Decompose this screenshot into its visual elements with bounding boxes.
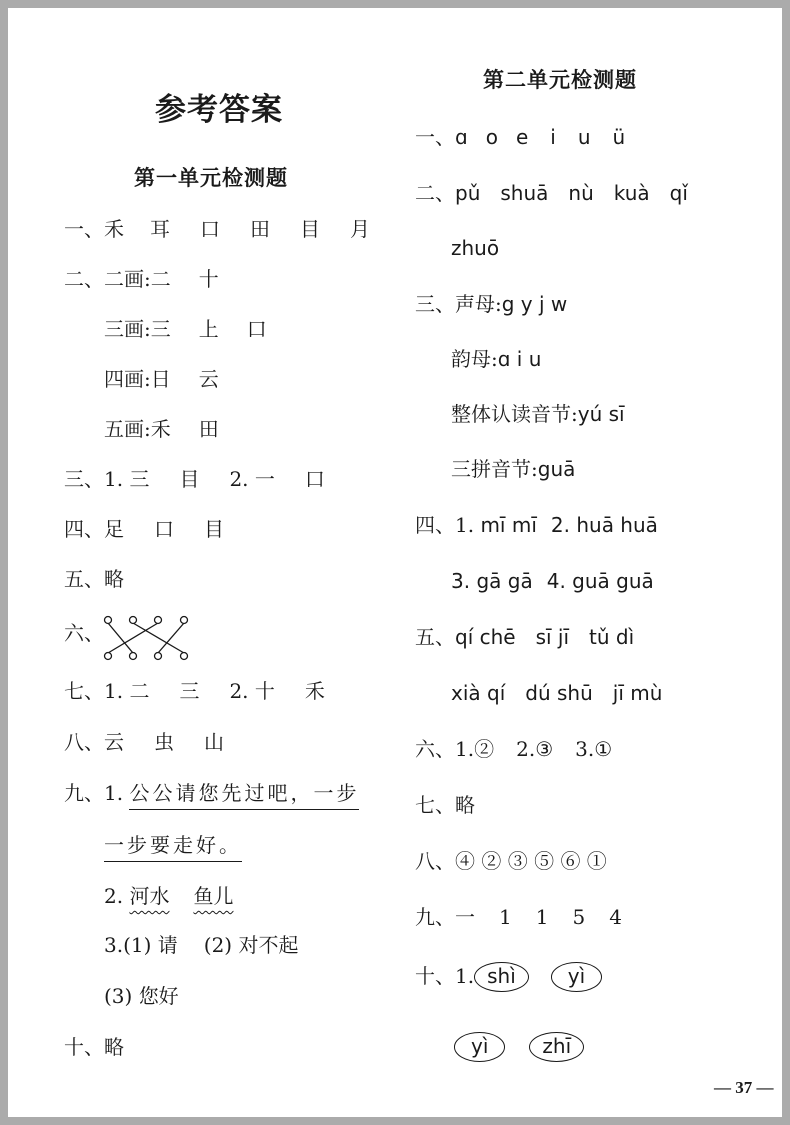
unit1-heading: 第一单元检测题 xyxy=(134,162,288,192)
answer-num: 3. xyxy=(104,933,123,957)
answer-item: ④ xyxy=(455,849,475,873)
underlined-sentence: 一步要走好。 xyxy=(104,833,242,862)
unit2-q5-row2: xià qídú shūjī mù xyxy=(451,680,662,706)
answer-num: 1. xyxy=(104,781,123,805)
answer-num: 1. xyxy=(455,964,474,988)
question-label: 四、 xyxy=(64,517,104,541)
question-label: 十、 xyxy=(64,1035,104,1059)
page-title: 参考答案 xyxy=(155,84,283,129)
answer-item: 略 xyxy=(104,567,124,591)
unit1-q8: 八、云虫山 xyxy=(64,729,224,755)
answer-item: 略 xyxy=(455,793,475,817)
unit2-q1: 一、ɑoeiuü xyxy=(415,124,625,150)
answer-item: mī mī xyxy=(480,513,536,537)
unit2-q4-row2: 3. gā gā4. guā guā xyxy=(451,568,654,594)
unit2-q3-row3: 整体认读音节:yú sī xyxy=(451,401,625,427)
answer-item: ü xyxy=(613,125,626,149)
answer-item: sī jī xyxy=(536,625,569,649)
unit2-q8: 八、④ ② ③ ⑤ ⑥ ① xyxy=(415,848,607,874)
question-label: 六、 xyxy=(64,621,104,645)
answer-item: 田 xyxy=(250,217,270,241)
answer-item: shuā xyxy=(500,181,548,205)
answer-item: 口 xyxy=(154,517,174,541)
answer-item: 三 xyxy=(151,317,171,341)
answer-item: 田 xyxy=(199,417,219,441)
answer-num: 2. xyxy=(104,884,123,908)
answer-item: 禾 xyxy=(151,417,171,441)
answer-item: ① xyxy=(594,737,612,761)
unit1-q2-row4: 五画:禾田 xyxy=(104,416,219,442)
question-label: 四、 xyxy=(415,513,455,537)
answer-item: guā guā xyxy=(572,569,654,593)
unit2-q5-row1: 五、qí chēsī jītǔ dì xyxy=(415,624,634,650)
unit1-q5: 五、略 xyxy=(64,566,124,592)
answer-num: 4. xyxy=(547,569,566,593)
answer-item: 目 xyxy=(300,217,320,241)
answer-num: 3. xyxy=(451,569,470,593)
row-prefix: 二画: xyxy=(104,267,151,291)
answer-item: 略 xyxy=(104,1035,124,1059)
unit1-q2-row3: 四画:日云 xyxy=(104,366,219,392)
answer-item: ③ xyxy=(535,737,553,761)
answer-item: (2) 对不起 xyxy=(204,933,299,957)
question-label: 九、 xyxy=(415,905,455,929)
circled-pinyin: yì xyxy=(454,1032,505,1062)
question-label: 九、 xyxy=(64,781,104,805)
answer-item: 2. 十 xyxy=(229,679,274,703)
answer-item: 1. 二 xyxy=(104,679,149,703)
row-prefix: 韵母: xyxy=(451,347,498,371)
answer-item: ② xyxy=(481,849,501,873)
answer-item: 十 xyxy=(199,267,219,291)
unit2-q2: 二、pǔshuānùkuàqǐ xyxy=(415,180,688,206)
question-label: 一、 xyxy=(415,125,455,149)
answer-item: 耳 xyxy=(150,217,170,241)
unit2-q2-overflow: zhuō xyxy=(451,235,499,261)
matching-lines-diagram xyxy=(100,612,200,664)
unit1-q3: 三、1. 三目2. 一口 xyxy=(64,466,325,492)
answer-item: pǔ xyxy=(455,181,480,205)
answer-item: 一 xyxy=(455,905,475,929)
unit1-q6: 六、 xyxy=(64,620,104,646)
answer-item: guā xyxy=(538,457,576,481)
answer-item: 口 xyxy=(200,217,220,241)
circled-pinyin: yì xyxy=(551,962,602,992)
underlined-sentence: 公公请您先过吧，一步 xyxy=(129,781,359,810)
answer-item: qí chē xyxy=(455,625,516,649)
answer-item: ⑥ xyxy=(560,849,580,873)
answer-item: e xyxy=(516,125,528,149)
unit2-q3-row1: 三、声母:g y j w xyxy=(415,291,567,317)
unit1-q9-a3-line2: (3) 您好 xyxy=(104,983,179,1009)
answer-item: yú sī xyxy=(578,402,625,426)
unit2-q3-row4: 三拼音节:guā xyxy=(451,456,575,482)
answer-item: dú shū xyxy=(525,681,593,705)
answer-item: 二 xyxy=(151,267,171,291)
question-label: 八、 xyxy=(64,730,104,754)
answer-item: 1 xyxy=(499,905,512,929)
unit2-q9: 九、一1154 xyxy=(415,904,622,930)
circled-pinyin: zhī xyxy=(529,1032,584,1062)
answer-item: jī mù xyxy=(613,681,663,705)
unit1-q4: 四、足口目 xyxy=(64,516,224,542)
answer-item: u xyxy=(578,125,591,149)
unit2-q4-row1: 四、1. mī mī2. huā huā xyxy=(415,512,658,538)
answer-item: 口 xyxy=(247,317,267,341)
answer-item: huā huā xyxy=(576,513,658,537)
question-label: 八、 xyxy=(415,849,455,873)
row-prefix: 五画: xyxy=(104,417,151,441)
answer-item: 4 xyxy=(609,905,622,929)
answer-item: 三 xyxy=(179,679,199,703)
row-prefix: 声母: xyxy=(455,292,502,316)
answer-item: 口 xyxy=(305,467,325,491)
question-label: 五、 xyxy=(415,625,455,649)
answer-item: 禾 xyxy=(104,217,124,241)
wavy-underlined-word: 河水 xyxy=(129,884,169,908)
answer-page: 参考答案 第一单元检测题 一、禾耳口田目月 二、二画:二十 三画:三上口 四画:… xyxy=(8,8,782,1117)
answer-item: ɑ i u xyxy=(498,347,542,371)
answer-item: ② xyxy=(474,737,494,761)
unit2-q10-row2: yìzhī xyxy=(454,1032,584,1062)
answer-item: ③ xyxy=(508,849,528,873)
answer-item: ɑ xyxy=(455,125,468,149)
unit1-q2-row1: 二、二画:二十 xyxy=(64,266,219,292)
unit2-q7: 七、略 xyxy=(415,792,475,818)
circled-pinyin: shì xyxy=(474,962,529,992)
answer-item: nù xyxy=(568,181,593,205)
answer-item: 禾 xyxy=(305,679,325,703)
unit2-q6: 六、1.②2.③3.① xyxy=(415,736,612,762)
answer-item: 5 xyxy=(572,905,585,929)
answer-num: 2. xyxy=(516,737,535,761)
answer-item: 足 xyxy=(104,517,124,541)
unit2-q10-row1: 十、1.shìyì xyxy=(415,962,602,992)
answer-item: g y j w xyxy=(502,292,568,316)
question-label: 二、 xyxy=(415,181,455,205)
question-label: 七、 xyxy=(415,793,455,817)
answer-num: 3. xyxy=(575,737,594,761)
unit1-q9-a3-line1: 3.(1) 请(2) 对不起 xyxy=(104,932,298,958)
unit2-q3-row2: 韵母:ɑ i u xyxy=(451,346,541,372)
answer-item: 2. 一 xyxy=(229,467,274,491)
answer-item: 上 xyxy=(199,317,219,341)
question-label: 三、 xyxy=(415,292,455,316)
wavy-underlined-word: 鱼儿 xyxy=(193,884,233,908)
unit2-heading: 第二单元检测题 xyxy=(483,64,637,94)
answer-item: 日 xyxy=(151,367,171,391)
row-prefix: 整体认读音节: xyxy=(451,402,578,426)
question-label: 十、 xyxy=(415,964,455,988)
answer-num: 2. xyxy=(551,513,570,537)
answer-item: 目 xyxy=(179,467,199,491)
answer-item: ⑤ xyxy=(534,849,554,873)
answer-item: xià qí xyxy=(451,681,505,705)
unit1-q2-row2: 三画:三上口 xyxy=(104,316,267,342)
answer-item: 1. 三 xyxy=(104,467,149,491)
unit1-q9-a2: 2. 河水鱼儿 xyxy=(104,883,233,909)
question-label: 三、 xyxy=(64,467,104,491)
answer-item: zhuō xyxy=(451,236,499,260)
unit1-q1: 一、禾耳口田目月 xyxy=(64,216,370,242)
answer-num: 1. xyxy=(455,513,474,537)
answer-item: 目 xyxy=(204,517,224,541)
answer-item: ① xyxy=(587,849,607,873)
unit1-q9-a1-line2: 一步要走好。 xyxy=(104,832,242,858)
answer-item: kuà xyxy=(614,181,650,205)
answer-item: i xyxy=(550,125,556,149)
question-label: 七、 xyxy=(64,679,104,703)
answer-item: 山 xyxy=(204,730,224,754)
answer-item: 云 xyxy=(104,730,124,754)
answer-item: 虫 xyxy=(154,730,174,754)
unit1-q7: 七、1. 二三2. 十禾 xyxy=(64,678,325,704)
answer-item: qǐ xyxy=(670,181,688,205)
answer-item: 1 xyxy=(536,905,549,929)
row-prefix: 三画: xyxy=(104,317,151,341)
question-label: 二、 xyxy=(64,267,104,291)
answer-num: 1. xyxy=(455,737,474,761)
answer-item: 月 xyxy=(350,217,370,241)
row-prefix: 四画: xyxy=(104,367,151,391)
question-label: 一、 xyxy=(64,217,104,241)
unit1-q10: 十、略 xyxy=(64,1034,124,1060)
unit1-q9-a1-line1: 九、1. 公公请您先过吧，一步 xyxy=(64,780,359,806)
question-label: 六、 xyxy=(415,737,455,761)
answer-item: o xyxy=(486,125,498,149)
answer-item: (3) 您好 xyxy=(104,984,179,1008)
answer-item: gā gā xyxy=(476,569,532,593)
page-number: — 37 — xyxy=(714,1078,774,1098)
answer-item: tǔ dì xyxy=(589,625,634,649)
answer-item: (1) 请 xyxy=(123,933,178,957)
answer-item: 云 xyxy=(199,367,219,391)
question-label: 五、 xyxy=(64,567,104,591)
row-prefix: 三拼音节: xyxy=(451,457,538,481)
